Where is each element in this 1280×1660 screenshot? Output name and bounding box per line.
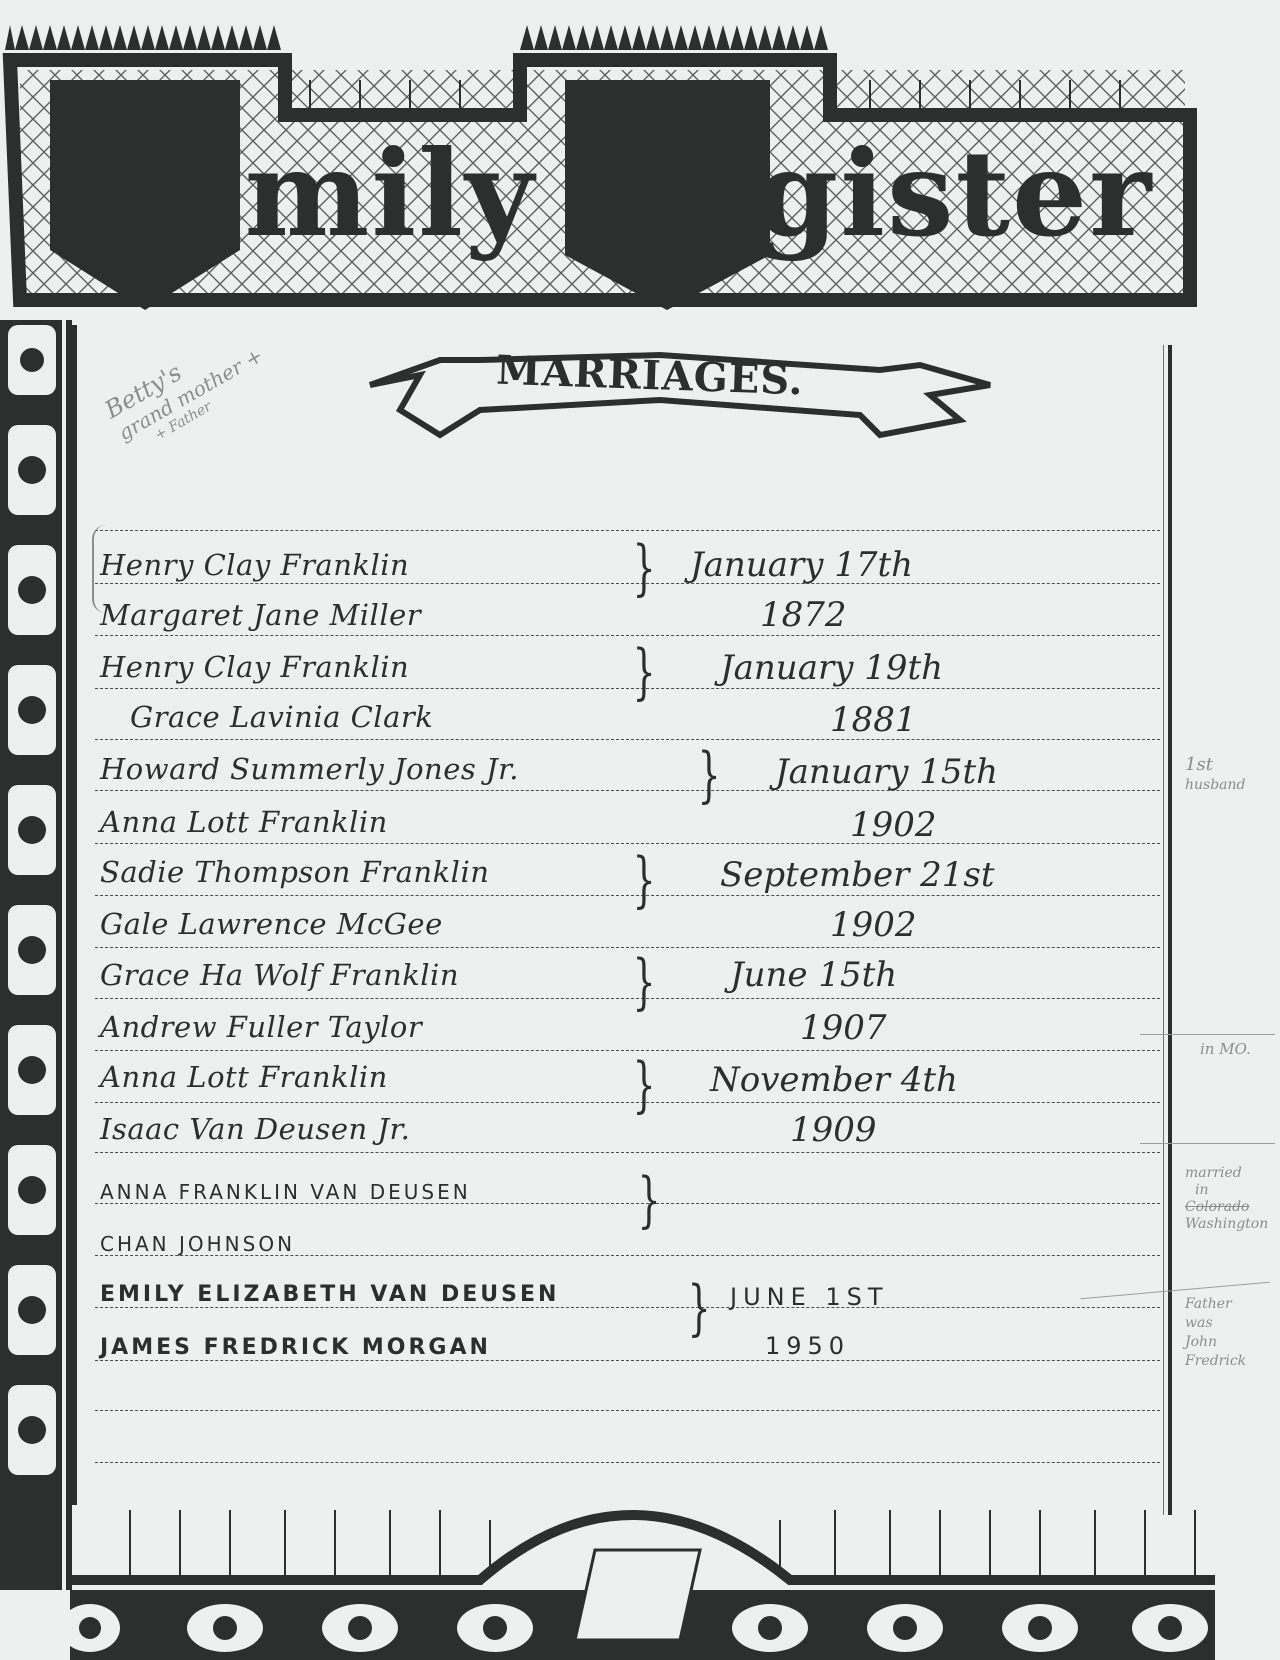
brace-icon: } (638, 1170, 661, 1230)
margin-note-betty: Betty's grand mother + + Father (100, 319, 275, 459)
marriage-year: 1902 (850, 805, 937, 845)
note-line: married (1185, 1165, 1268, 1182)
header-banner: Family Register (0, 20, 1240, 320)
brace-icon: } (633, 952, 656, 1012)
page-title: Family Register (0, 135, 1240, 253)
rule-line (95, 530, 1160, 531)
rule-line (95, 790, 1160, 791)
marriage-date: January 17th (690, 545, 913, 585)
brace-icon: } (698, 745, 721, 805)
spouse-name: Henry Clay Franklin (100, 650, 409, 684)
rule-line (95, 1307, 1160, 1308)
brace-icon: } (688, 1278, 711, 1338)
rule-line (95, 1462, 1160, 1463)
rule-line (95, 739, 1160, 740)
note-line: Washington (1185, 1216, 1268, 1233)
note-line: in (1195, 1182, 1268, 1199)
rule-line (95, 1050, 1160, 1051)
margin-note-father: Father was John Fredrick (1185, 1295, 1246, 1371)
left-border-ornament-icon (0, 320, 72, 1590)
note-line: 1st (1185, 755, 1246, 775)
spouse-name: Anna Lott Franklin (100, 1060, 388, 1094)
spouse-name: Andrew Fuller Taylor (100, 1010, 422, 1044)
margin-note-in-mo: in MO. (1200, 1040, 1251, 1058)
rule-line (95, 635, 1160, 636)
spouse-name: Anna Lott Franklin (100, 805, 388, 839)
bottom-border-ornament-icon (0, 1480, 1240, 1660)
rule-line (95, 583, 1160, 584)
marriage-date: January 19th (720, 648, 943, 688)
frame-right-thin-rule (1163, 345, 1164, 1515)
spouse-name: Sadie Thompson Franklin (100, 855, 489, 889)
rule-line (95, 895, 1160, 896)
marriage-date: November 4th (710, 1060, 958, 1100)
margin-note-married-in: married in Colorado Washington (1185, 1165, 1268, 1233)
brace-icon: } (633, 850, 656, 910)
note-line: Colorado (1185, 1199, 1268, 1216)
rule-line (95, 998, 1160, 999)
marriage-year: 1907 (800, 1008, 887, 1048)
rule-line (95, 1410, 1160, 1411)
spouse-name: CHAN JOHNSON (100, 1232, 295, 1256)
marriage-year: 1950 (765, 1332, 850, 1360)
rule-line (95, 1102, 1160, 1103)
spouse-name: JAMES FREDRICK MORGAN (100, 1335, 491, 1360)
brace-icon: } (633, 1055, 656, 1115)
spouse-name: Grace Ha Wolf Franklin (100, 958, 459, 992)
pencil-line (1140, 1034, 1275, 1035)
marriage-year: 1881 (830, 700, 917, 740)
note-line: John (1185, 1333, 1246, 1352)
rule-line (95, 843, 1160, 844)
note-line: Father (1185, 1295, 1246, 1314)
spouse-name: Howard Summerly Jones Jr. (100, 752, 519, 786)
spouse-name: Grace Lavinia Clark (130, 700, 433, 734)
spouse-name: Henry Clay Franklin (100, 548, 409, 582)
frame-right-rule (1168, 345, 1172, 1515)
marriage-date: January 15th (775, 752, 998, 792)
marriage-date: JUNE 1ST (730, 1283, 889, 1311)
rule-line (95, 947, 1160, 948)
marriage-year: 1909 (790, 1110, 877, 1150)
margin-note-first-husband: 1st husband (1185, 755, 1246, 795)
brace-icon: } (633, 642, 656, 702)
marriage-date: September 21st (720, 855, 995, 895)
note-line: Fredrick (1185, 1352, 1246, 1371)
brace-icon: } (633, 538, 656, 598)
spouse-name: ANNA FRANKLIN VAN DEUSEN (100, 1180, 471, 1204)
rule-line (95, 1360, 1160, 1361)
marriage-year: 1872 (760, 595, 847, 635)
rule-line (95, 688, 1160, 689)
note-line: was (1185, 1314, 1246, 1333)
frame-left-rule (72, 325, 77, 1505)
marriage-date: June 15th (730, 955, 897, 995)
spouse-name: EMILY ELIZABETH VAN DEUSEN (100, 1282, 559, 1307)
marriage-year: 1902 (830, 905, 917, 945)
rule-line (95, 1152, 1160, 1153)
note-line: husband (1185, 775, 1246, 795)
pencil-line (1140, 1143, 1275, 1144)
spouse-name: Gale Lawrence McGee (100, 907, 443, 941)
spouse-name: Isaac Van Deusen Jr. (100, 1112, 410, 1146)
spouse-name: Margaret Jane Miller (100, 598, 421, 632)
